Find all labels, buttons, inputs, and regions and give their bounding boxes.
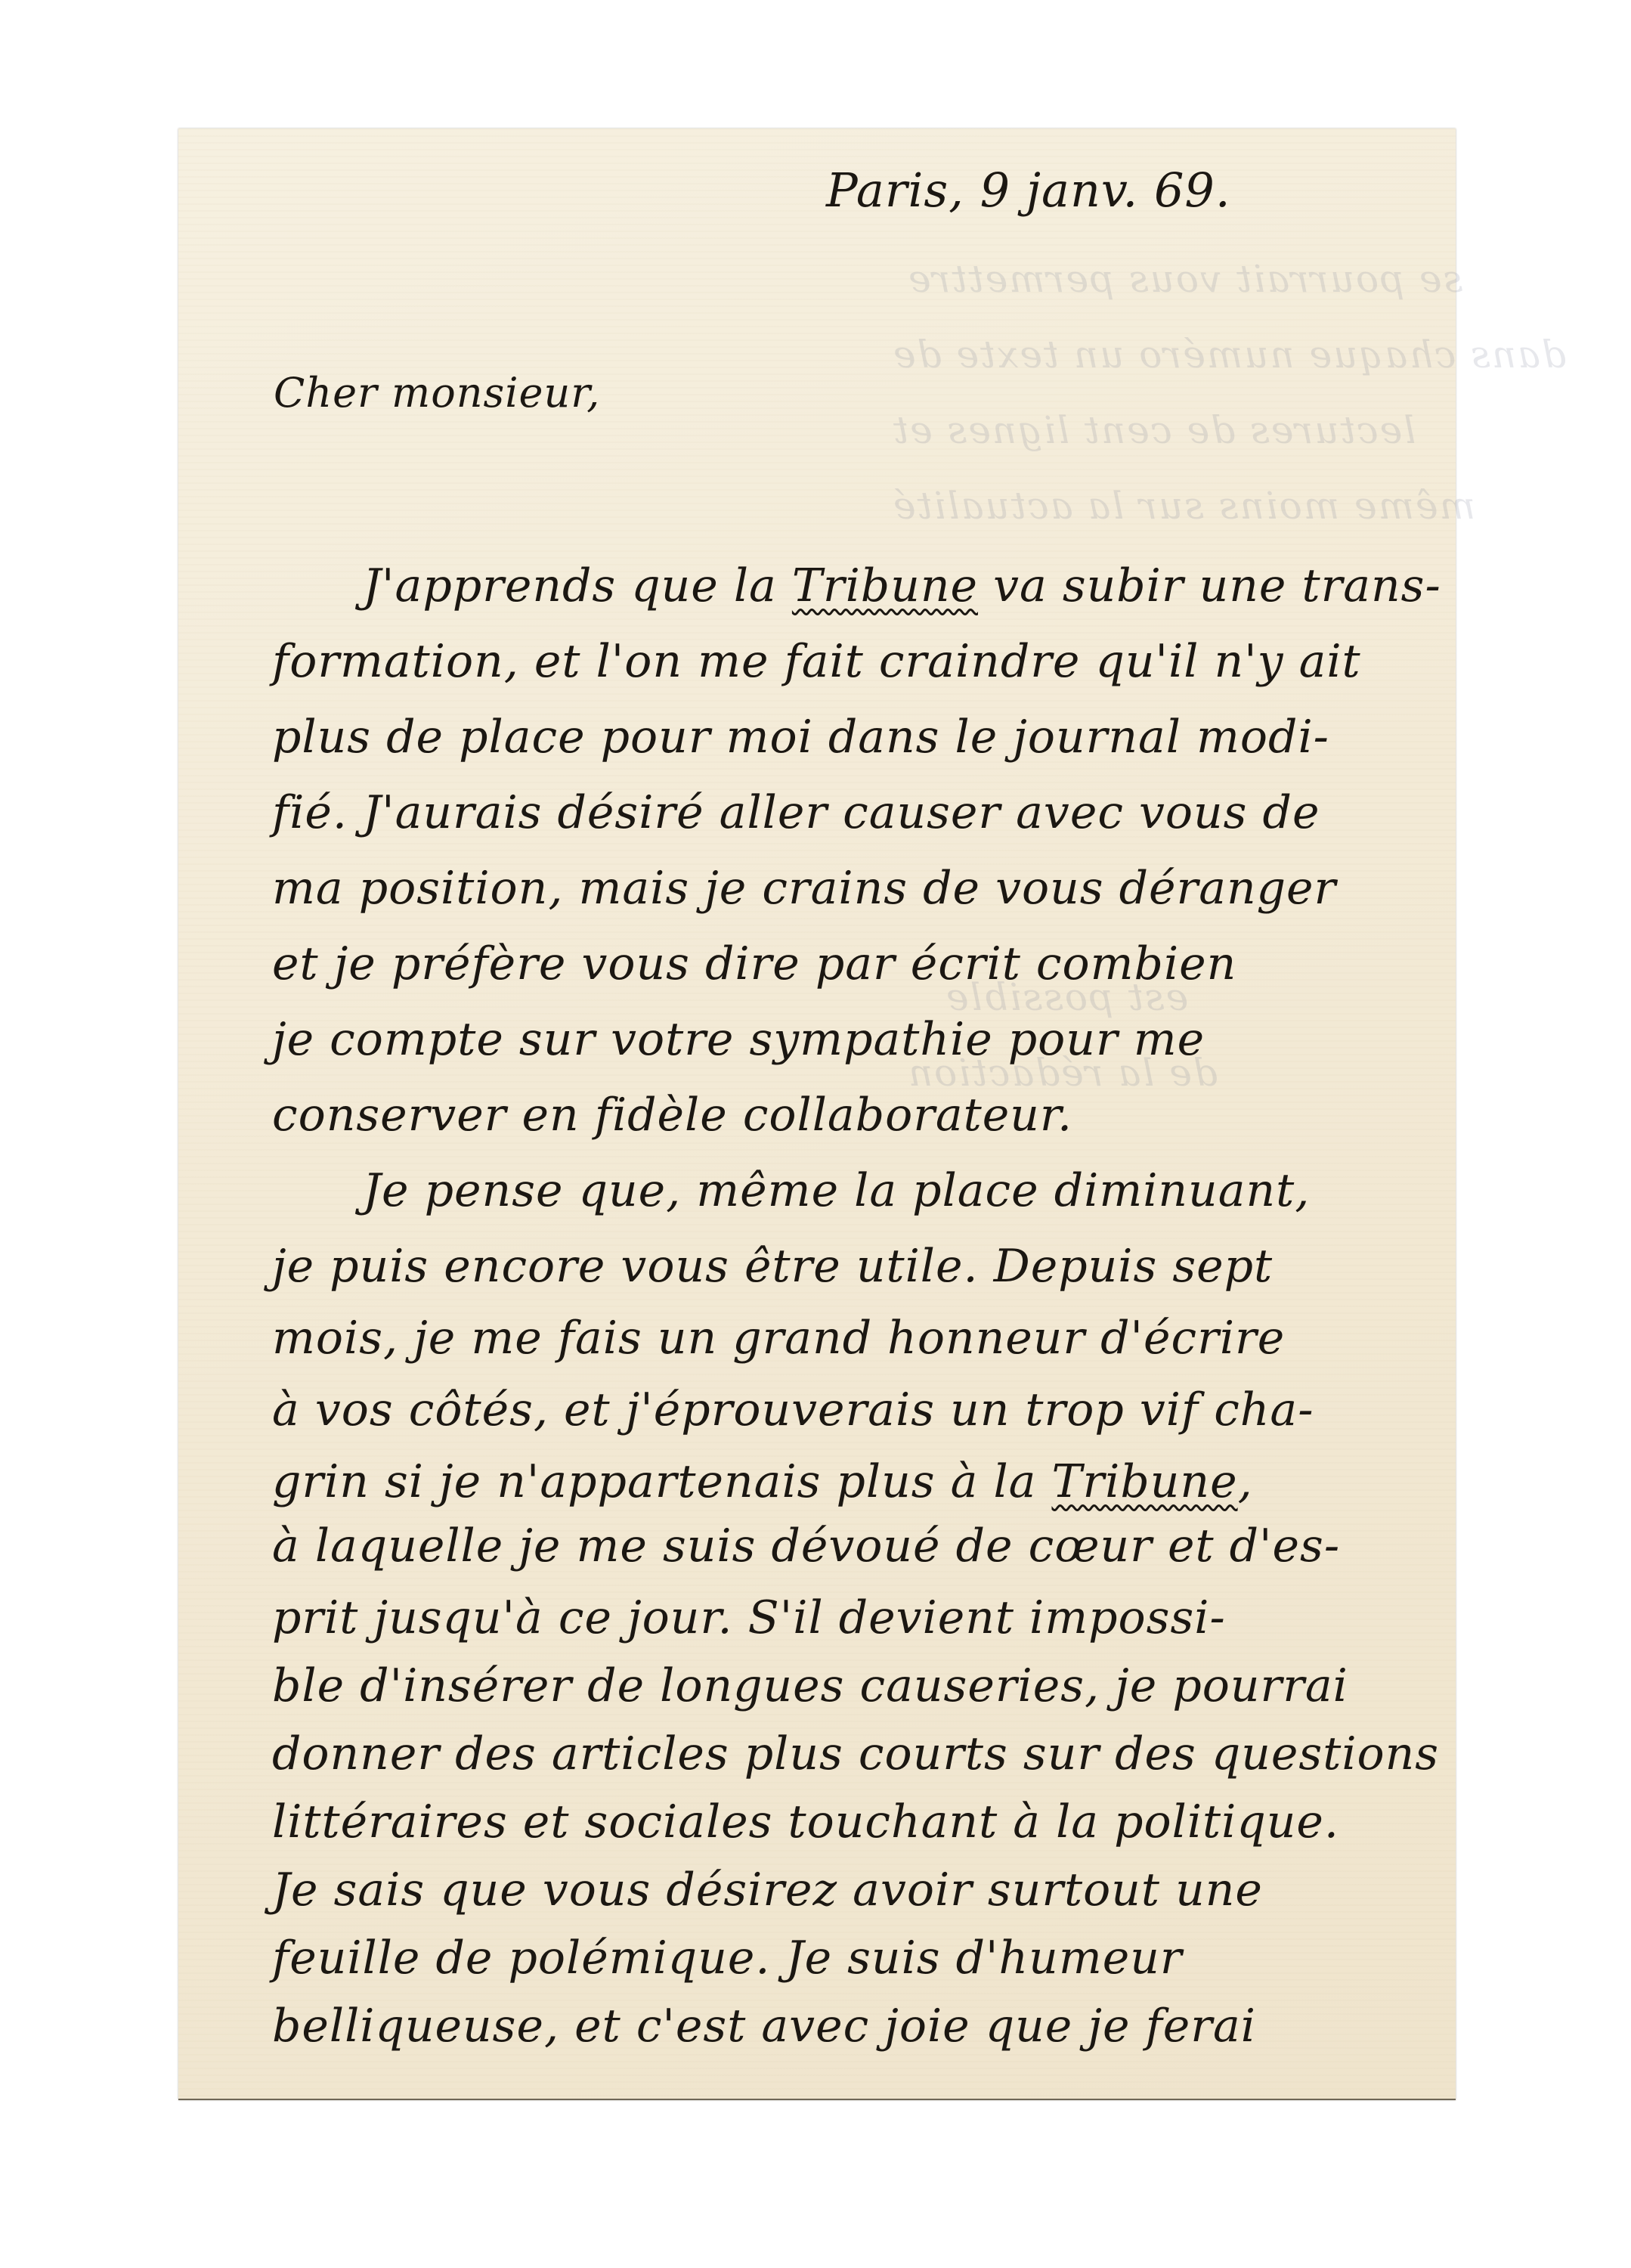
letter-line: donner des articles plus courts sur des … [272, 1727, 1459, 1780]
reverse-side-bleed: se pourrait vous permettre [907, 257, 1462, 301]
letter-date: Paris, 9 janv. 69. [826, 163, 1231, 218]
reverse-side-bleed: même moins sur la actualité [892, 484, 1475, 528]
letter-line: fié. J'aurais désiré aller causer avec v… [272, 786, 1459, 839]
newspaper-title: Tribune [1051, 1455, 1237, 1508]
letter-line: belliqueuse, et c'est avec joie que je f… [272, 2000, 1459, 2053]
letter-line: littéraires et sociales touchant à la po… [272, 1795, 1459, 1848]
letter-line: plus de place pour moi dans le journal m… [272, 711, 1459, 764]
reverse-side-bleed: dans chaque numéro un texte de [892, 333, 1566, 376]
letter-line: Je sais que vous désirez avoir surtout u… [272, 1864, 1459, 1916]
letter-line: J'apprends que la Tribune va subir une t… [363, 559, 1549, 612]
letter-line: Je pense que, même la place diminuant, [363, 1164, 1549, 1217]
letter-line: et je préfère vous dire par écrit combie… [272, 937, 1459, 990]
letter-line: à vos côtés, et j'éprouverais un trop vi… [272, 1383, 1459, 1436]
letter-line: ble d'insérer de longues causeries, je p… [272, 1659, 1459, 1712]
letter-line: conserver en fidèle collaborateur. [272, 1089, 1459, 1142]
reverse-side-bleed: lectures de cent lignes et [892, 408, 1416, 452]
letter-line: grin si je n'appartenais plus à la Tribu… [272, 1455, 1459, 1508]
letter-line: mois, je me fais un grand honneur d'écri… [272, 1312, 1459, 1365]
letter-line: feuille de polémique. Je suis d'humeur [272, 1932, 1459, 1984]
letter-line: prit jusqu'à ce jour. S'il devient impos… [272, 1591, 1459, 1644]
letter-line: je compte sur votre sympathie pour me [272, 1013, 1459, 1066]
letter-line: je puis encore vous être utile. Depuis s… [272, 1240, 1459, 1293]
letter-line: à laquelle je me suis dévoué de cœur et … [272, 1520, 1459, 1572]
letter-salutation: Cher monsieur, [274, 369, 600, 417]
letter-line: ma position, mais je crains de vous déra… [272, 862, 1459, 915]
letter-line: formation, et l'on me fait craindre qu'i… [272, 635, 1459, 688]
newspaper-title: Tribune [792, 559, 978, 612]
